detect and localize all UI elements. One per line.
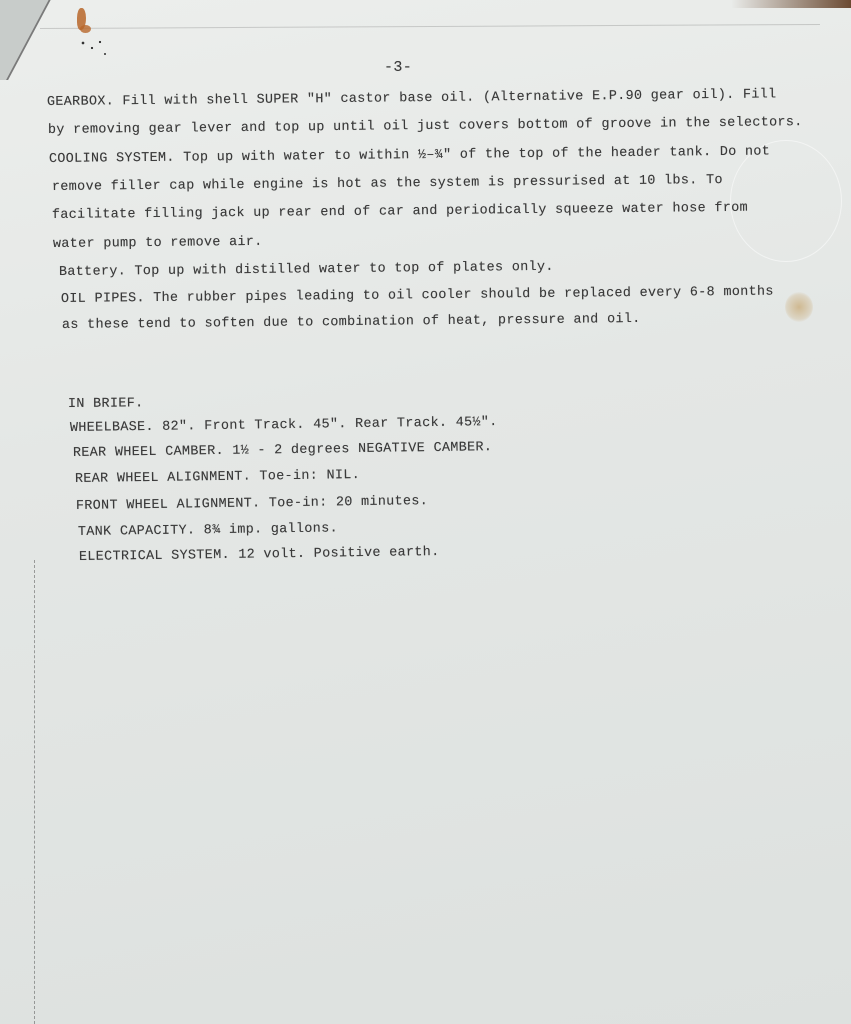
body-line-oil-pipes: OIL PIPES. The rubber pipes leading to o… xyxy=(61,286,774,307)
body-line-cooling-cont-2: facilitate filling jack up rear end of c… xyxy=(52,202,748,223)
page-corner-edge xyxy=(0,0,56,80)
body-line-cooling-cont-3: water pump to remove air. xyxy=(53,236,263,252)
spec-tank-capacity: TANK CAPACITY. 8¾ imp. gallons. xyxy=(78,522,338,539)
spec-rear-alignment: REAR WHEEL ALIGNMENT. Toe-in: NIL. xyxy=(75,469,360,486)
body-line-gearbox-cont: by removing gear lever and top up until … xyxy=(48,116,803,137)
page-number: -3- xyxy=(384,60,412,75)
body-line-battery: Battery. Top up with distilled water to … xyxy=(59,261,554,280)
oil-stain xyxy=(785,292,813,322)
spec-front-alignment: FRONT WHEEL ALIGNMENT. Toe-in: 20 minute… xyxy=(76,495,428,513)
document-page: -3- GEARBOX. Fill with shell SUPER "H" c… xyxy=(0,0,851,1024)
in-brief-heading: IN BRIEF. xyxy=(68,397,144,411)
paper-crease-line xyxy=(34,560,37,1024)
body-line-cooling: COOLING SYSTEM. Top up with water to wit… xyxy=(49,145,770,166)
spec-rear-camber: REAR WHEEL CAMBER. 1½ - 2 degrees NEGATI… xyxy=(73,441,492,460)
ink-speckles xyxy=(80,40,110,60)
photo-background-edge xyxy=(731,0,851,8)
spec-electrical: ELECTRICAL SYSTEM. 12 volt. Positive ear… xyxy=(79,546,440,564)
rust-stain-drop xyxy=(80,25,91,33)
body-line-oil-pipes-cont: as these tend to soften due to combinati… xyxy=(62,313,641,332)
body-line-gearbox: GEARBOX. Fill with shell SUPER "H" casto… xyxy=(47,88,777,109)
fold-crease xyxy=(40,24,820,29)
body-line-cooling-cont-1: remove filler cap while engine is hot as… xyxy=(52,174,723,194)
spec-wheelbase: WHEELBASE. 82". Front Track. 45". Rear T… xyxy=(70,416,498,435)
